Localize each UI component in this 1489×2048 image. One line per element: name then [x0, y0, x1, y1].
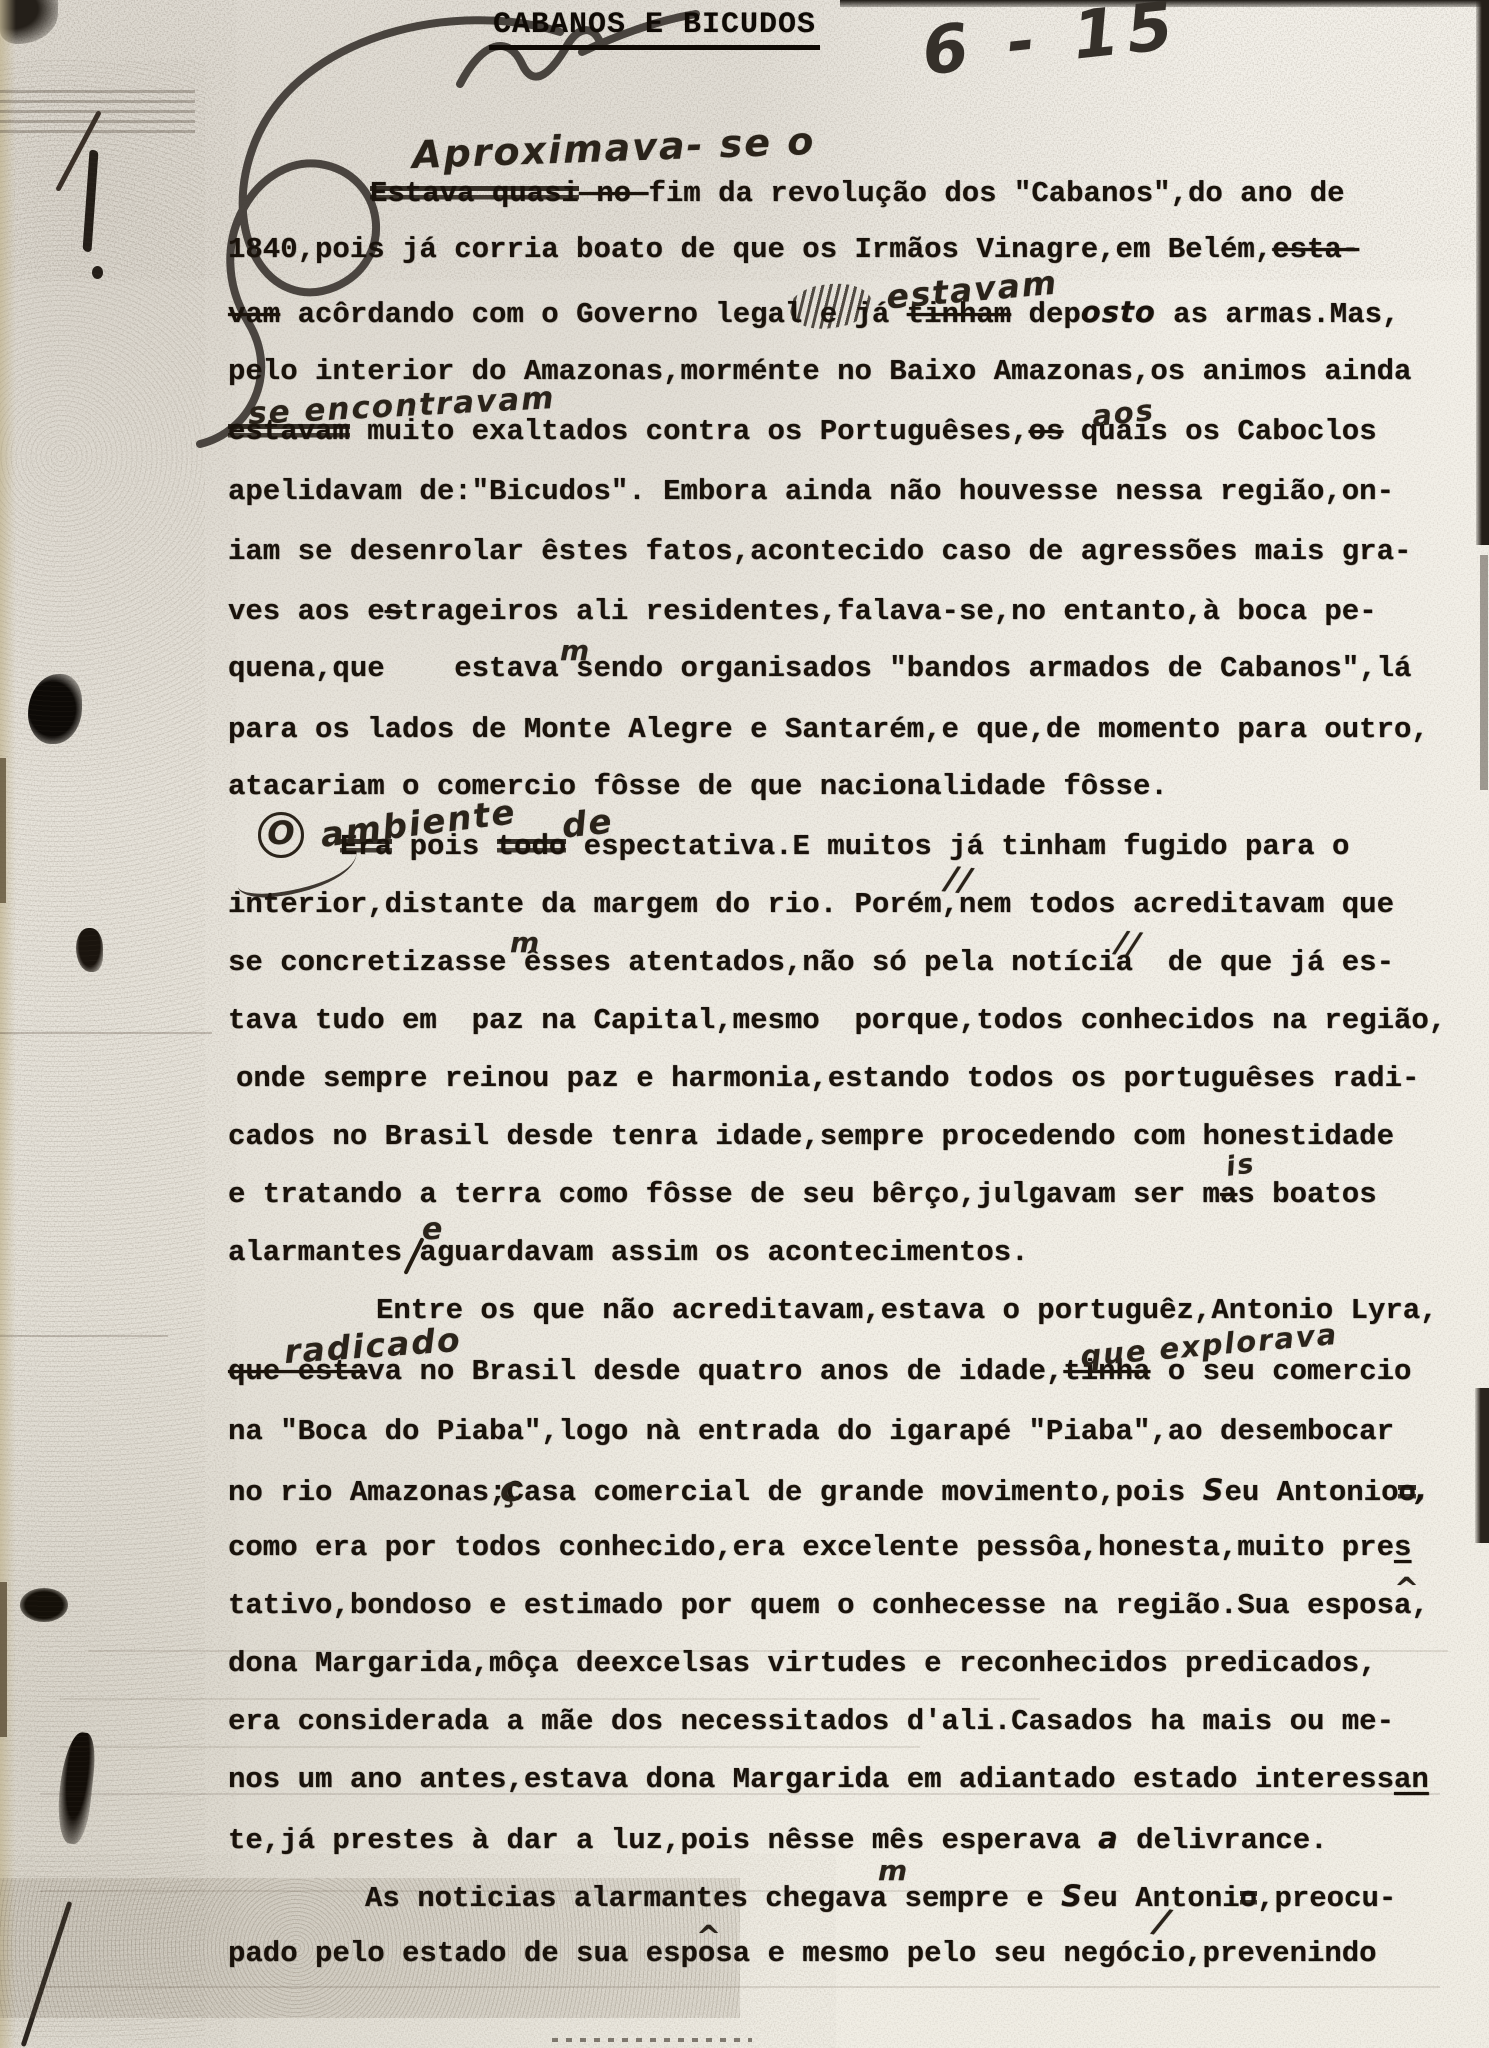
scan-artifact-left-mottle — [0, 60, 205, 2040]
typed-text: pelo interior do Amazonas,morménte no Ba… — [228, 355, 1411, 388]
struck-text: a — [1220, 1178, 1237, 1211]
handwritten-annotation-11: // — [1114, 925, 1143, 963]
typed-line-3: vam acôrdando com o Governo legal e já t… — [228, 295, 1399, 331]
typed-line-13: interior,distante da margem do rio. Poré… — [228, 888, 1394, 921]
typed-line-4: pelo interior do Amazonas,morménte no Ba… — [228, 355, 1411, 388]
struck-text: os — [1029, 415, 1064, 448]
typed-line-28: nos um ano antes,estava dona Margarida e… — [228, 1763, 1429, 1796]
ink-blob-1 — [28, 674, 82, 744]
typed-line-22: na "Boca do Piaba",logo nà entrada do ig… — [228, 1415, 1394, 1448]
typed-line-16: onde sempre reinou paz e harmonia,estand… — [236, 1062, 1419, 1095]
typed-text: delivrance. — [1119, 1824, 1328, 1857]
typed-text: ves aos e — [228, 595, 385, 628]
handwritten-annotation-12: is — [1224, 1148, 1257, 1183]
typed-line-14: se concretizasse êsses atentados,não só … — [228, 946, 1394, 979]
struck-text: o — [1240, 1882, 1257, 1915]
ink-blob-3 — [20, 1588, 68, 1622]
pen-mark-margin-slash — [55, 110, 102, 192]
scan-streak-line — [40, 1986, 1440, 1988]
struck-text: o — [1398, 1476, 1415, 1509]
typed-text: va no Brasil desde quatro anos de idade, — [367, 1355, 1063, 1388]
typed-text: 1840,pois já corria boato de que os Irmã… — [228, 233, 1272, 266]
typed-text: te,já prestes à dar a luz,pois nêsse mês… — [228, 1824, 1098, 1857]
typed-text: pado pelo estado de sua esposa e mesmo p… — [228, 1937, 1377, 1970]
typed-text: trageiros ali residentes,falava-se,no en… — [402, 595, 1377, 628]
pen-mark-margin-stroke — [82, 150, 98, 252]
ink-blob-4 — [54, 1731, 98, 1846]
scan-artifact-streaks-top-left — [0, 90, 195, 140]
typed-text: no rio Amazonas;Casa comercial de grande… — [228, 1476, 1203, 1509]
typed-line-25: tativo,bondoso e estimado por quem o con… — [228, 1589, 1429, 1622]
handwritten-annotation-9: // — [944, 859, 975, 900]
typed-line-26: dona Margarida,môça deexcelsas virtudes … — [228, 1647, 1377, 1680]
typed-line-6: apelidavam de:"Bicudos". Embora ainda nã… — [228, 475, 1394, 508]
typed-line-2: 1840,pois já corria boato de que os Irmã… — [228, 233, 1359, 266]
typed-text: eu Antonio — [1224, 1476, 1398, 1509]
typed-text: como era por todos conhecido,era excelen… — [228, 1531, 1394, 1564]
typed-line-1: Estava quasi no fim da revolução dos "Ca… — [370, 177, 1345, 210]
handwritten-correction: , — [1416, 1473, 1428, 1507]
handwritten-annotation-5: m — [560, 634, 591, 667]
typed-line-15: tava tudo em paz na Capital,mesmo porque… — [228, 1004, 1446, 1037]
typed-text: na "Boca do Piaba",logo nà entrada do ig… — [228, 1415, 1394, 1448]
typed-line-7: iam se desenrolar êstes fatos,acontecido… — [228, 535, 1411, 568]
handwritten-correction: a — [1098, 1821, 1119, 1855]
typed-text: quena,que estava sendo organisados "band… — [228, 652, 1411, 685]
struck-text: no — [579, 177, 649, 210]
scan-streak-line — [0, 1335, 168, 1337]
scan-streak-line — [60, 1746, 920, 1748]
typed-line-11: atacariam o comercio fôsse de que nacion… — [228, 770, 1168, 803]
typed-line-10: para os lados de Monte Alegre e Santarém… — [228, 713, 1429, 746]
page-title: CABANOS E BICUDOS — [489, 8, 820, 50]
handwritten-annotation-17: m — [878, 1854, 909, 1887]
typed-line-29: te,já prestes à dar a luz,pois nêsse mês… — [228, 1821, 1328, 1857]
typed-line-18: e tratando a terra como fôsse de seu bêr… — [228, 1178, 1377, 1211]
typed-text: dona Margarida,môça deexcelsas virtudes … — [228, 1647, 1377, 1680]
typed-text: interior,distante da margem do rio. Poré… — [228, 888, 1394, 921]
handwritten-annotation-16: ç — [500, 1470, 522, 1510]
typed-text: iam se desenrolar êstes fatos,acontecido… — [228, 535, 1411, 568]
handwritten-annotation-10: m — [510, 926, 541, 959]
scan-streak-line — [60, 1698, 1040, 1700]
typed-text: onde sempre reinou paz e harmonia,estand… — [236, 1062, 1419, 1095]
typed-text: espectativa.E muitos já tinham fugido pa… — [566, 830, 1349, 863]
handwritten-correction: S — [1203, 1473, 1225, 1507]
typed-line-23: no rio Amazonas;Casa comercial de grande… — [228, 1473, 1428, 1509]
scan-streak-line — [0, 1032, 212, 1034]
scan-artifact-diagonal-bottom-left — [21, 1901, 73, 2047]
scan-artifact-left-edge-bar-2 — [0, 1582, 7, 1737]
scan-artifact-right-border-lower — [1475, 1388, 1489, 1543]
typed-text: as armas.Mas, — [1156, 298, 1400, 331]
typed-line-27: era considerada a mãe dos necessitados d… — [228, 1705, 1394, 1738]
handwritten-annotation-19: ^ — [696, 1920, 723, 1955]
handwritten-correction: osto — [1081, 295, 1156, 329]
scanned-manuscript-page: CABANOS E BICUDOS 6 - 15 Estava quasi no… — [0, 0, 1489, 2048]
typed-text: fim da revolução dos "Cabanos",do ano de — [648, 177, 1344, 210]
typed-text: cados no Brasil desde tenra idade,sempre… — [228, 1120, 1394, 1153]
typed-text: para os lados de Monte Alegre e Santarém… — [228, 713, 1429, 746]
struck-text: vam — [228, 298, 280, 331]
typed-line-9: quena,que estava sendo organisados "band… — [228, 652, 1411, 685]
typed-text: tativo,bondoso e estimado por quem o con… — [228, 1589, 1429, 1622]
handwritten-annotation-8: de — [560, 801, 615, 846]
handwritten-correction: S — [1061, 1879, 1083, 1913]
handwritten-annotation-6: O — [258, 812, 304, 858]
struck-text: esta- — [1272, 233, 1359, 266]
typed-text: As noticias alarmantes chegava sempre e — [365, 1882, 1061, 1915]
scan-artifact-right-border-mid — [1480, 555, 1488, 790]
pen-mark-margin-dot — [92, 266, 103, 279]
typed-text: e tratando a terra como fôsse de seu bêr… — [228, 1178, 1220, 1211]
page-number-handwritten: 6 - 15 — [919, 0, 1185, 90]
typed-line-31: pado pelo estado de sua esposa e mesmo p… — [228, 1937, 1377, 1970]
scan-artifact-bottom-dots — [552, 2038, 752, 2042]
typed-text: acôrdando com o Governo legal e já — [280, 298, 907, 331]
ink-spot-2 — [76, 928, 103, 972]
typed-line-8: ves aos estrageiros ali residentes,falav… — [228, 595, 1377, 628]
handwritten-annotation-1: Aproximava- se o — [411, 119, 816, 177]
struck-text: s — [385, 595, 402, 628]
struck-text: Estava quasi — [370, 177, 579, 210]
typed-text: era considerada a mãe dos necessitados d… — [228, 1705, 1394, 1738]
typed-text: tava tudo em paz na Capital,mesmo porque… — [228, 1004, 1446, 1037]
scan-artifact-left-edge-bar-1 — [0, 758, 6, 903]
underlined-text: an — [1394, 1763, 1429, 1796]
scan-artifact-left-edge — [0, 0, 16, 2048]
handwritten-annotation-4: aos — [1090, 393, 1156, 433]
handwritten-annotation-18: ^ — [1394, 1572, 1421, 1607]
typed-line-24: como era por todos conhecido,era excelen… — [228, 1531, 1411, 1564]
typed-text: nos um ano antes,estava dona Margarida e… — [228, 1763, 1394, 1796]
typed-text: ,preocu- — [1257, 1882, 1396, 1915]
struck-text: todo — [497, 830, 567, 863]
typed-text: se concretizasse êsses atentados,não só … — [228, 946, 1394, 979]
underlined-text: s — [1394, 1531, 1411, 1564]
scan-artifact-right-border-upper — [1476, 0, 1489, 545]
typed-line-19: alarmantes aguardavam assim os acontecim… — [228, 1236, 1029, 1269]
typed-text: s boatos — [1237, 1178, 1376, 1211]
handwritten-annotation-13: e — [422, 1212, 444, 1247]
typed-text: apelidavam de:"Bicudos". Embora ainda nã… — [228, 475, 1394, 508]
scan-artifact-top-left-corner — [0, 0, 58, 44]
typed-line-17: cados no Brasil desde tenra idade,sempre… — [228, 1120, 1394, 1153]
typed-text: alarmantes aguardavam assim os acontecim… — [228, 1236, 1029, 1269]
typed-text: atacariam o comercio fôsse de que nacion… — [228, 770, 1168, 803]
